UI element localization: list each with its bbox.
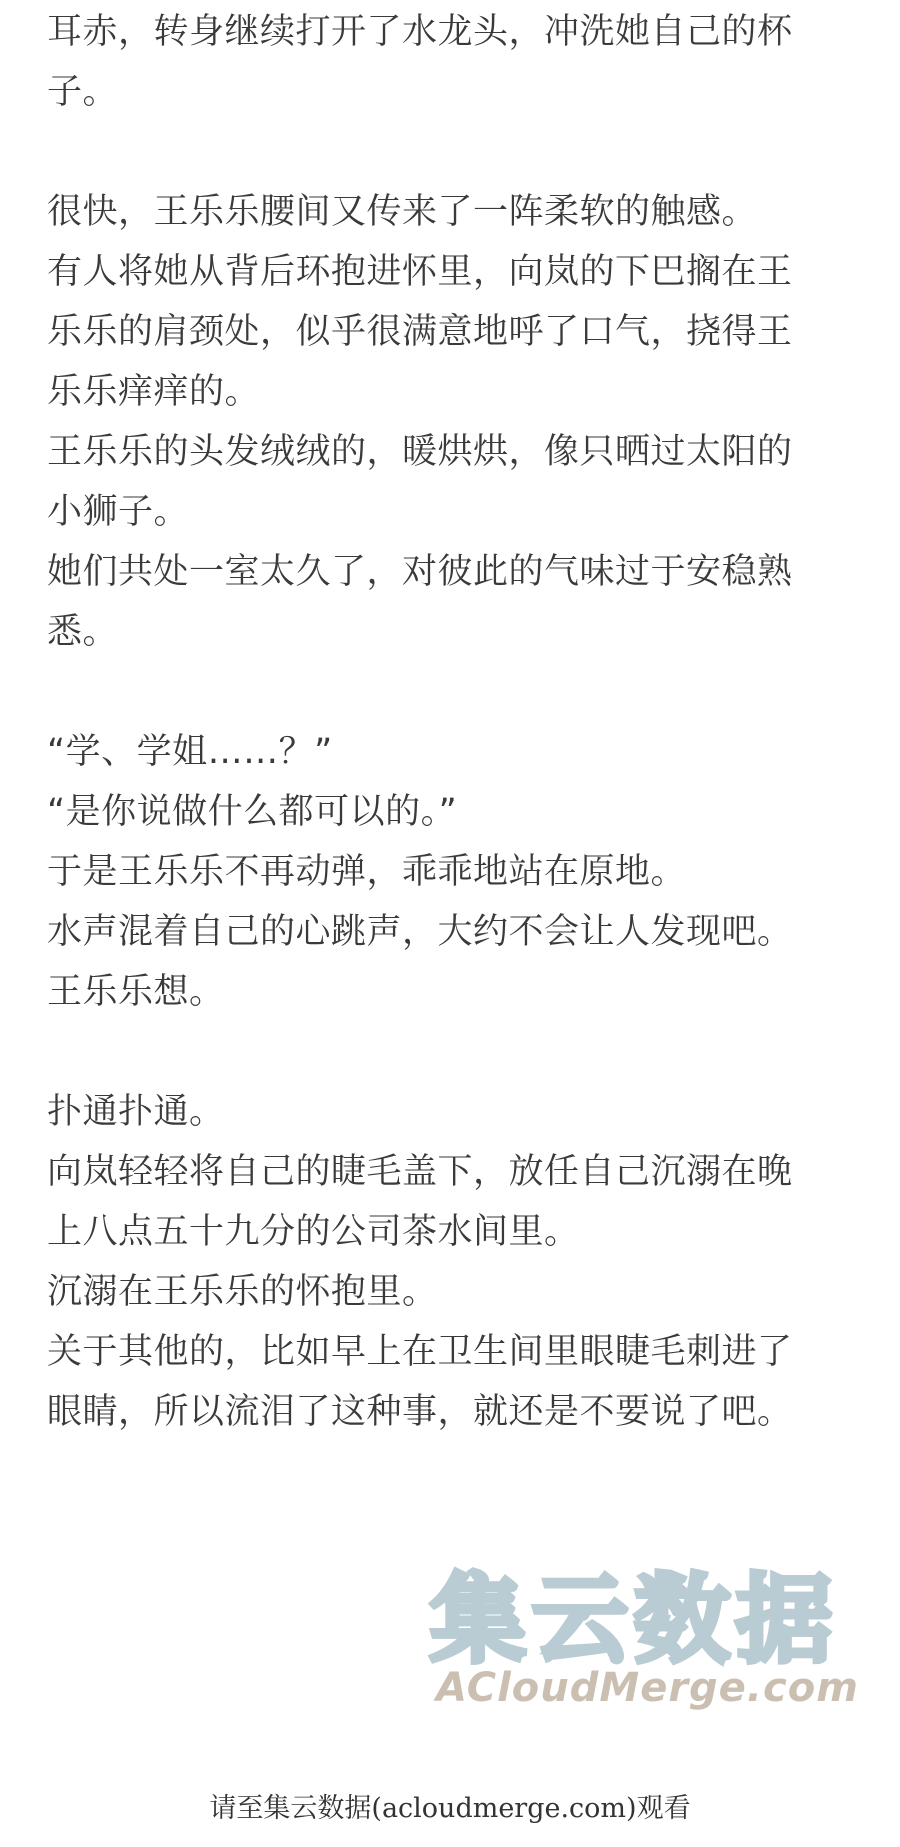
text-line: 子。 <box>47 72 837 112</box>
text-line: 水声混着自己的心跳声，大约不会让人发现吧。 <box>47 912 837 952</box>
text-line: 眼睛，所以流泪了这种事，就还是不要说了吧。 <box>47 1392 837 1432</box>
text-line: 王乐乐想。 <box>47 972 837 1012</box>
text-line: 于是王乐乐不再动弹，乖乖地站在原地。 <box>47 852 837 892</box>
text-line: 乐乐痒痒的。 <box>47 372 837 412</box>
document-page: 耳赤，转身继续打开了水龙头，冲洗她自己的杯 子。 很快，王乐乐腰间又传来了一阵柔… <box>0 0 900 1847</box>
text-line: 向岚轻轻将自己的睫毛盖下，放任自己沉溺在晚 <box>47 1152 837 1192</box>
text-line: 上八点五十九分的公司茶水间里。 <box>47 1212 837 1252</box>
text-line: 她们共处一室太久了，对彼此的气味过于安稳熟 <box>47 552 837 592</box>
watermark-cn-text: 集云数据 <box>430 1565 838 1675</box>
watermark-logo: 集云数据 ACloudMerge.com <box>430 1565 880 1715</box>
text-line: 王乐乐的头发绒绒的，暖烘烘，像只晒过太阳的 <box>47 432 837 472</box>
dialogue-line: “是你说做什么都可以的。” <box>47 792 837 832</box>
text-line: 耳赤，转身继续打开了水龙头，冲洗她自己的杯 <box>47 12 837 52</box>
text-line: 沉溺在王乐乐的怀抱里。 <box>47 1272 837 1312</box>
text-line: 小狮子。 <box>47 492 837 532</box>
text-line: 有人将她从背后环抱进怀里，向岚的下巴搁在王 <box>47 252 837 292</box>
footer-notice: 请至集云数据(acloudmerge.com)观看 <box>0 1793 900 1825</box>
text-line: 扑通扑通。 <box>47 1092 837 1132</box>
text-line: 乐乐的肩颈处，似乎很满意地呼了口气，挠得王 <box>47 312 837 352</box>
text-line: 悉。 <box>47 612 837 652</box>
text-line: 很快，王乐乐腰间又传来了一阵柔软的触感。 <box>47 192 837 232</box>
text-line: 关于其他的，比如早上在卫生间里眼睫毛刺进了 <box>47 1332 837 1372</box>
dialogue-line: “学、学姐……？” <box>47 732 837 772</box>
watermark-en-text: ACloudMerge.com <box>436 1665 859 1711</box>
